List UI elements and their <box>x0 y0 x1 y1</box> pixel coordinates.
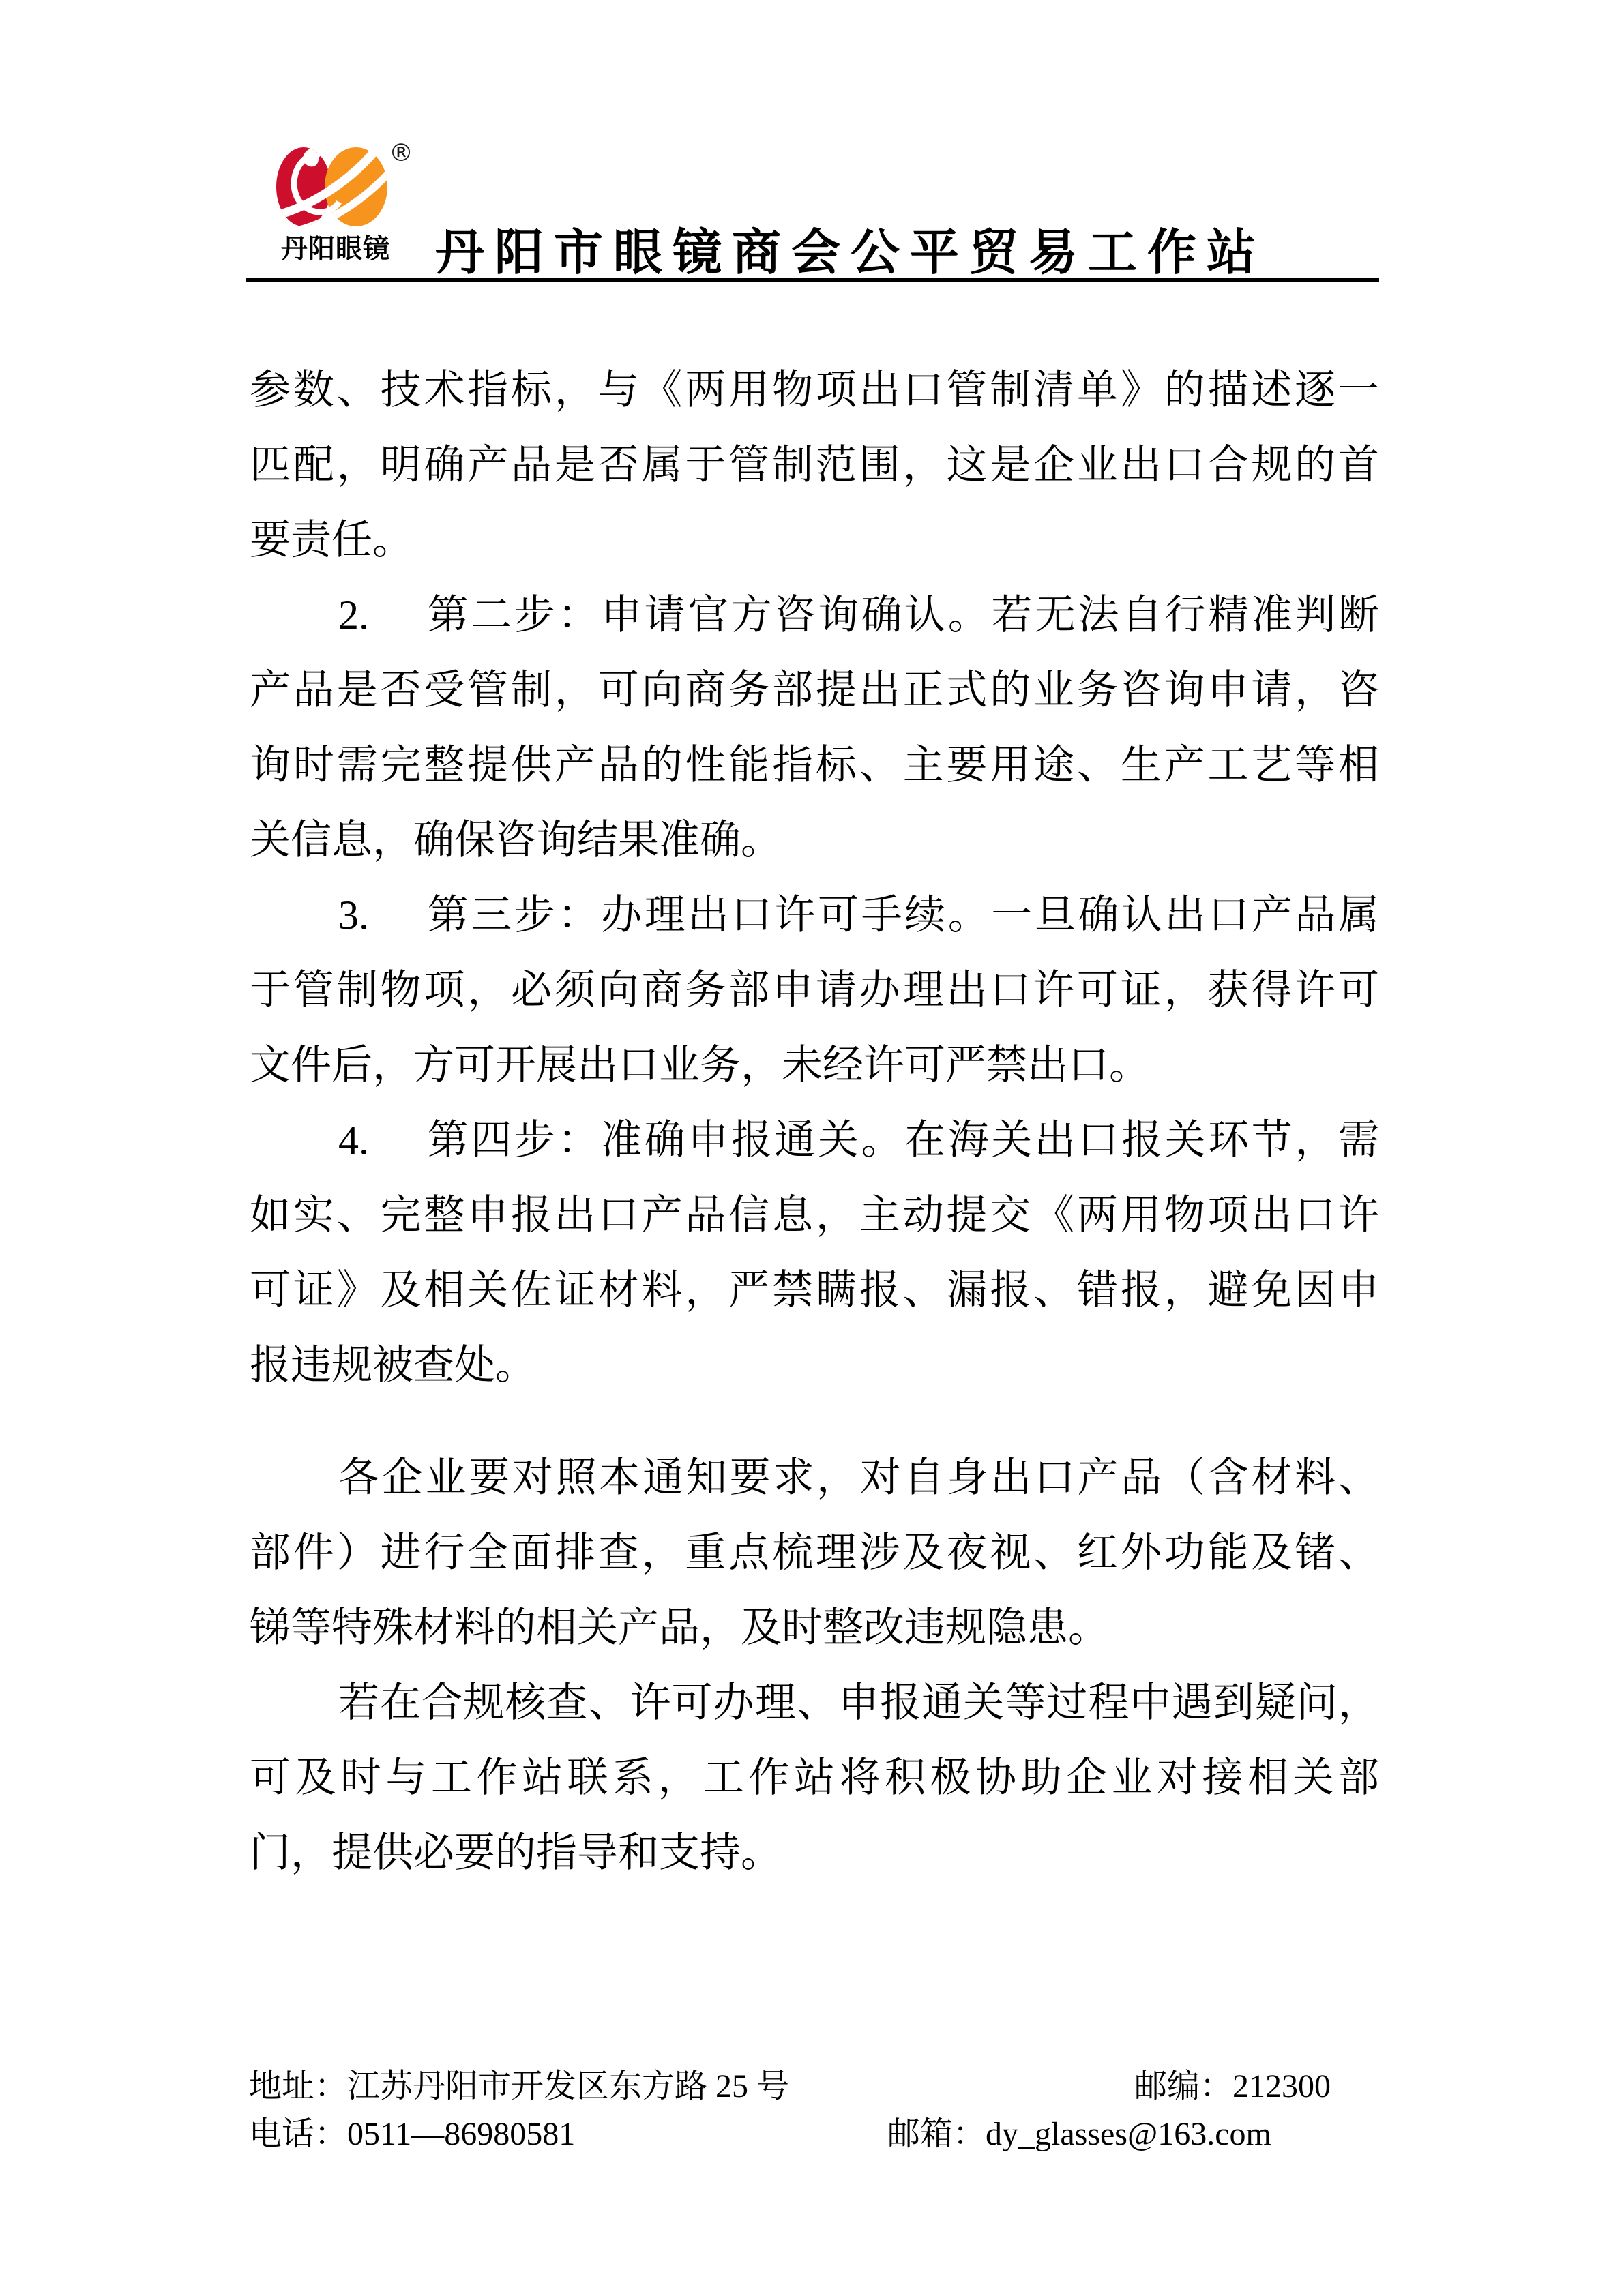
blank-line <box>250 1403 1379 1440</box>
body-line: 匹配，明确产品是否属于管制范围，这是企业出口合规的首 <box>250 428 1379 503</box>
body-line: 参数、技术指标，与《两用物项出口管制清单》的描述逐一 <box>250 353 1379 428</box>
body-line: 于管制物项，必须向商务部申请办理出口许可证，获得许可 <box>250 953 1379 1028</box>
body-line: 询时需完整提供产品的性能指标、主要用途、生产工艺等相 <box>250 728 1379 803</box>
body-line: 4. 第四步：准确申报通关。在海关出口报关环节，需 <box>250 1103 1379 1178</box>
footer-row: 电话：0511—86980581 邮箱：dy_glasses@163.com <box>249 2113 1408 2161</box>
body-line: 关信息，确保咨询结果准确。 <box>250 803 1379 878</box>
body-line: 要责任。 <box>250 503 1379 578</box>
footer-email: 邮箱：dy_glasses@163.com <box>887 2113 1271 2156</box>
footer-phone: 电话：0511—86980581 <box>249 2116 575 2152</box>
body-line: 3. 第三步：办理出口许可手续。一旦确认出口产品属 <box>250 878 1379 953</box>
body-line: 报违规被查处。 <box>250 1328 1379 1403</box>
body-line: 文件后，方可开展出口业务，未经许可严禁出口。 <box>250 1028 1379 1103</box>
body-line: 如实、完整申报出口产品信息，主动提交《两用物项出口许 <box>250 1178 1379 1253</box>
body-line: 产品是否受管制，可向商务部提出正式的业务咨询申请，咨 <box>250 653 1379 728</box>
page-title: 丹阳市眼镜商会公平贸易工作站 <box>435 213 1266 284</box>
footer-address: 地址：江苏丹阳市开发区东方路 25 号 <box>249 2068 789 2104</box>
body-line: 部件）进行全面排查，重点梳理涉及夜视、红外功能及锗、 <box>250 1515 1379 1590</box>
body-line: 锑等特殊材料的相关产品，及时整改违规隐患。 <box>250 1590 1379 1665</box>
body-line: 若在合规核查、许可办理、申报通关等过程中遇到疑问， <box>250 1665 1379 1740</box>
body-line: 门，提供必要的指导和支持。 <box>250 1815 1379 1890</box>
body-line: 各企业要对照本通知要求，对自身出口产品（含材料、 <box>250 1440 1379 1515</box>
header-divider <box>246 278 1379 282</box>
document-page: ® 丹阳眼镜 丹阳市眼镜商会公平贸易工作站 参数、技术指标，与《两用物项出口管制… <box>0 0 1624 2296</box>
body-line: 2. 第二步：申请官方咨询确认。若无法自行精准判断 <box>250 578 1379 653</box>
body-line: 可证》及相关佐证材料，严禁瞒报、漏报、错报，避免因申 <box>250 1253 1379 1328</box>
registered-trademark-icon: ® <box>389 139 413 167</box>
brand-name: 丹阳眼镜 <box>281 228 390 266</box>
page-footer: 地址：江苏丹阳市开发区东方路 25 号 邮编：212300 电话：0511—86… <box>249 2066 1408 2161</box>
body-line: 可及时与工作站联系，工作站将积极协助企业对接相关部 <box>250 1740 1379 1815</box>
footer-postcode: 邮编：212300 <box>1134 2066 1331 2108</box>
footer-row: 地址：江苏丹阳市开发区东方路 25 号 邮编：212300 <box>249 2066 1408 2113</box>
document-body: 参数、技术指标，与《两用物项出口管制清单》的描述逐一 匹配，明确产品是否属于管制… <box>250 353 1379 1890</box>
